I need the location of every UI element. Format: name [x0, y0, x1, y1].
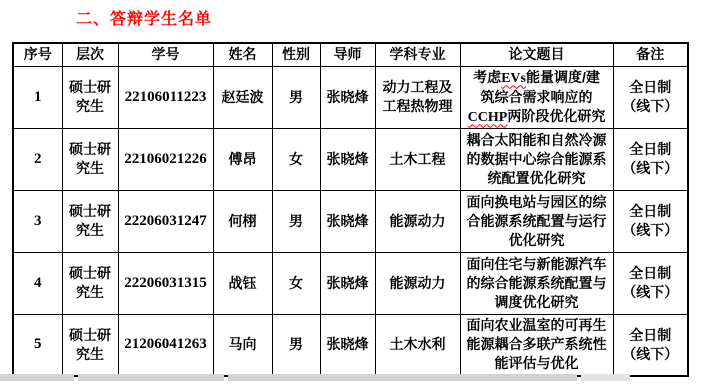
cell-level: 硕士研究生 [62, 252, 118, 314]
table-header-row: 序号层次学号姓名性别导师学科专业论文题目备注 [13, 43, 688, 66]
cell-note: 全日制 （线下） [613, 128, 688, 190]
column-header-gender: 性别 [272, 43, 320, 66]
cell-note: 全日制 （线下） [613, 190, 688, 252]
cell-level: 硕士研究生 [62, 314, 118, 376]
column-header-index: 序号 [13, 43, 62, 66]
thesis-title-text: 面向农业温室的可再生能源耦合多联产系统性能评估与优化 [467, 317, 607, 371]
cell-index: 5 [13, 314, 62, 376]
table-row: 2硕士研究生22106021226傅昂女张晓烽土木工程耦合太阳能和自然冷源的数据… [13, 128, 688, 190]
cell-student_id: 22206031247 [118, 190, 213, 252]
cell-name: 战钰 [213, 252, 272, 314]
table-row: 5硕士研究生21206041263马向男张晓烽土木水利面向农业温室的可再生能源耦… [13, 314, 688, 376]
cell-major: 动力工程及工程热物理 [375, 66, 460, 128]
cell-gender: 男 [272, 314, 320, 376]
thesis-title-text: 面向住宅与新能源汽车的综合能源系统配置与调度优化研究 [467, 256, 607, 310]
defense-student-table: 序号层次学号姓名性别导师学科专业论文题目备注 1硕士研究生22106011223… [12, 42, 689, 377]
cell-gender: 女 [272, 128, 320, 190]
cell-index: 3 [13, 190, 62, 252]
cell-advisor: 张晓烽 [320, 190, 375, 252]
table-row: 3硕士研究生22206031247何栩男张晓烽能源动力面向换电站与园区的综合能源… [13, 190, 688, 252]
cell-name: 赵廷波 [213, 66, 272, 128]
cell-gender: 男 [272, 66, 320, 128]
cell-name: 傅昂 [213, 128, 272, 190]
table-row: 4硕士研究生22206031315战钰女张晓烽能源动力面向住宅与新能源汽车的综合… [13, 252, 688, 314]
page-edge-strip-segment [78, 374, 224, 381]
cell-note: 全日制 （线下） [613, 252, 688, 314]
spellcheck-flagged-term: CCHP [468, 110, 508, 125]
page-edge-strip-segment [581, 374, 630, 381]
cell-thesis_title: 面向住宅与新能源汽车的综合能源系统配置与调度优化研究 [460, 252, 613, 314]
column-header-level: 层次 [62, 43, 118, 66]
cell-major: 土木工程 [375, 128, 460, 190]
column-header-major: 学科专业 [375, 43, 460, 66]
cell-student_id: 22206031315 [118, 252, 213, 314]
column-header-name: 姓名 [213, 43, 272, 66]
column-header-advisor: 导师 [320, 43, 375, 66]
cell-level: 硕士研究生 [62, 128, 118, 190]
table-row: 1硕士研究生22106011223赵廷波男张晓烽动力工程及工程热物理考虑EVs能… [13, 66, 688, 128]
cell-advisor: 张晓烽 [320, 314, 375, 376]
cell-index: 4 [13, 252, 62, 314]
cell-student_id: 21206041263 [118, 314, 213, 376]
cell-name: 何栩 [213, 190, 272, 252]
cell-note: 全日制 （线下） [613, 314, 688, 376]
cell-name: 马向 [213, 314, 272, 376]
cell-major: 能源动力 [375, 190, 460, 252]
cell-level: 硕士研究生 [62, 190, 118, 252]
page-edge-strip-segment [0, 374, 74, 381]
cell-major: 能源动力 [375, 252, 460, 314]
cell-gender: 女 [272, 252, 320, 314]
spellcheck-flagged-term: EVs [501, 71, 526, 86]
column-header-student_id: 学号 [118, 43, 213, 66]
cell-student_id: 22106021226 [118, 128, 213, 190]
thesis-title-text: 耦合太阳能和自然冷源的数据中心综合能源系统配置优化研究 [467, 132, 607, 186]
thesis-title-text: 面向换电站与园区的综合能源系统配置与运行优化研究 [467, 194, 607, 248]
cell-thesis_title: 考虑EVs能量调度/建筑综合需求响应的CCHP两阶段优化研究 [460, 66, 613, 128]
cell-thesis_title: 面向换电站与园区的综合能源系统配置与运行优化研究 [460, 190, 613, 252]
cell-major: 土木水利 [375, 314, 460, 376]
thesis-title-text: 考虑 [473, 69, 501, 85]
column-header-thesis_title: 论文题目 [460, 43, 613, 66]
thesis-title-text: 两阶段优化研究 [507, 108, 605, 124]
cell-advisor: 张晓烽 [320, 252, 375, 314]
cell-student_id: 22106011223 [118, 66, 213, 128]
cell-thesis_title: 面向农业温室的可再生能源耦合多联产系统性能评估与优化 [460, 314, 613, 376]
cell-thesis_title: 耦合太阳能和自然冷源的数据中心综合能源系统配置优化研究 [460, 128, 613, 190]
table-body: 1硕士研究生22106011223赵廷波男张晓烽动力工程及工程热物理考虑EVs能… [13, 66, 688, 376]
cell-index: 2 [13, 128, 62, 190]
cell-advisor: 张晓烽 [320, 66, 375, 128]
page-edge-strip-segment [228, 374, 577, 381]
section-title: 二、答辩学生名单 [76, 6, 212, 29]
cell-gender: 男 [272, 190, 320, 252]
cell-level: 硕士研究生 [62, 66, 118, 128]
column-header-note: 备注 [613, 43, 688, 66]
cell-note: 全日制 （线下） [613, 66, 688, 128]
cell-index: 1 [13, 66, 62, 128]
cell-advisor: 张晓烽 [320, 128, 375, 190]
